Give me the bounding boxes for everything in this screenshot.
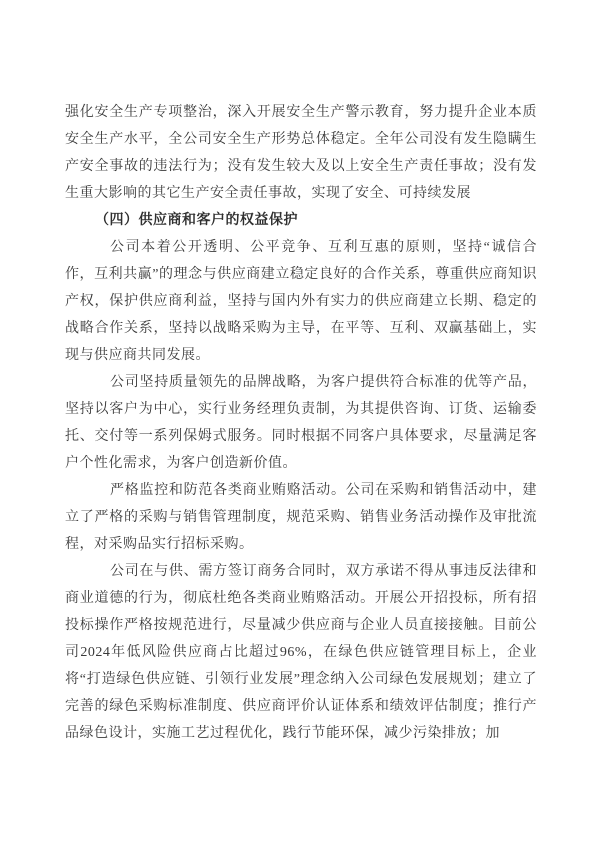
paragraph-safety-production-summary: 强化安全生产专项整治，深入开展安全生产警示教育，努力提升企业本质安全生产水平，全… [65,99,537,207]
paragraph-anti-bribery-controls: 严格监控和防范各类商业贿赂活动。公司在采购和销售活动中，建立了严格的采购与销售管… [65,477,537,558]
paragraph-supplier-cooperation: 公司本着公开透明、公平竞争、互利互惠的原则，坚持“诚信合作，互利共赢”的理念与供… [65,234,537,369]
section-heading-supplier-customer-rights: （四）供应商和客户的权益保护 [65,207,537,234]
paragraph-contracts-green-supply-chain: 公司在与供、需方签订商务合同时，双方承诺不得从事违反法律和商业道德的行为，彻底杜… [65,558,537,747]
document-page: 强化安全生产专项整治，深入开展安全生产警示教育，努力提升企业本质安全生产水平，全… [0,0,600,848]
document-body: 强化安全生产专项整治，深入开展安全生产警示教育，努力提升企业本质安全生产水平，全… [65,99,537,747]
paragraph-customer-service: 公司坚持质量领先的品牌战略，为客户提供符合标准的优等产品，坚持以客户为中心，实行… [65,369,537,477]
